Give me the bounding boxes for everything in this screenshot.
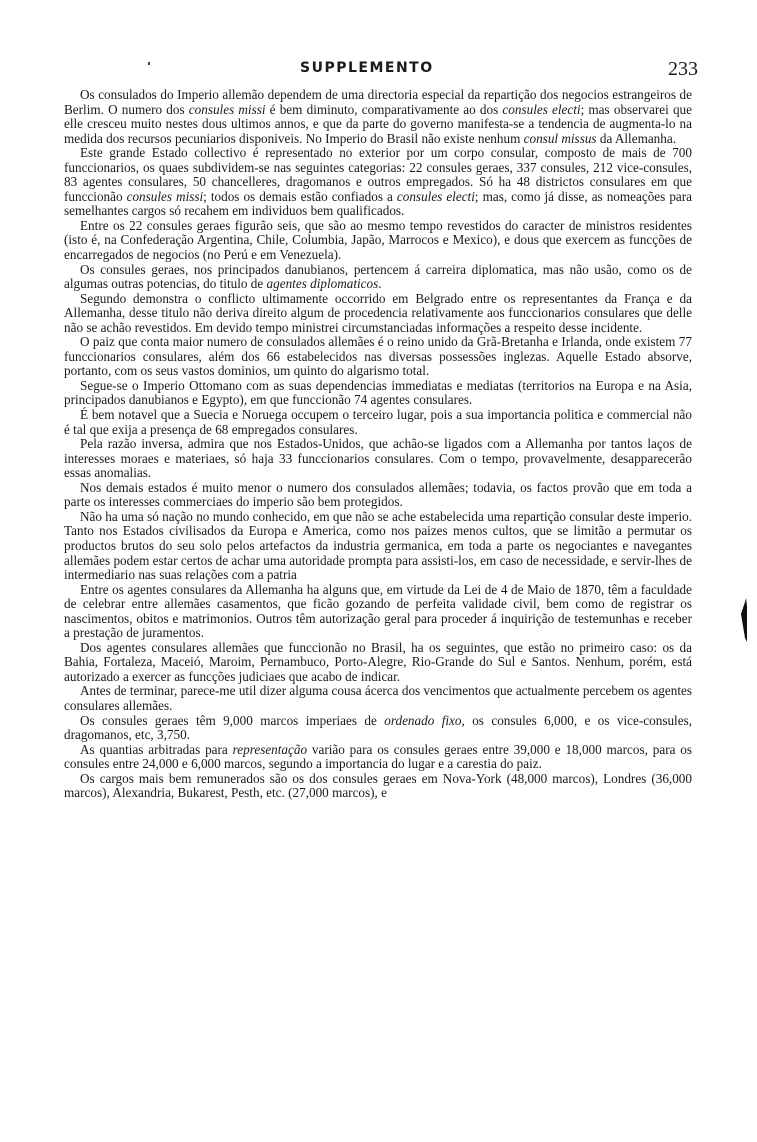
page-header: SUPPLEMENTO 233 [0,60,757,84]
paragraph: Segue-se o Imperio Ottomano com as suas … [64,379,692,408]
running-title: SUPPLEMENTO [300,60,434,76]
paragraph: Os consulados do Imperio allemão depende… [64,88,692,146]
document-page: SUPPLEMENTO 233 Os consulados do Imperio… [0,0,757,1142]
page-number: 233 [668,58,698,81]
body-text: Os consulados do Imperio allemão depende… [64,88,692,801]
margin-ink-mark [740,598,748,642]
paragraph: Pela razão inversa, admira que nos Estad… [64,437,692,481]
paragraph: Entre os 22 consules geraes figurão seis… [64,219,692,263]
paragraph: É bem notavel que a Suecia e Noruega occ… [64,408,692,437]
paragraph: Segundo demonstra o conflicto ultimament… [64,292,692,336]
paragraph: Os consules geraes têm 9,000 marcos impe… [64,714,692,743]
paragraph: Este grande Estado collectivo é represen… [64,146,692,219]
paragraph: Antes de terminar, parece-me util dizer … [64,684,692,713]
paragraph: Dos agentes consulares allemães que func… [64,641,692,685]
paragraph: Não ha uma só nação no mundo conhecido, … [64,510,692,583]
paragraph: Os cargos mais bem remunerados são os do… [64,772,692,801]
paragraph: O paiz que conta maior numero de consula… [64,335,692,379]
paragraph: Entre os agentes consulares da Allemanha… [64,583,692,641]
paragraph: Os consules geraes, nos principados danu… [64,263,692,292]
paragraph: Nos demais estados é muito menor o numer… [64,481,692,510]
paragraph: As quantias arbitradas para representaçã… [64,743,692,772]
